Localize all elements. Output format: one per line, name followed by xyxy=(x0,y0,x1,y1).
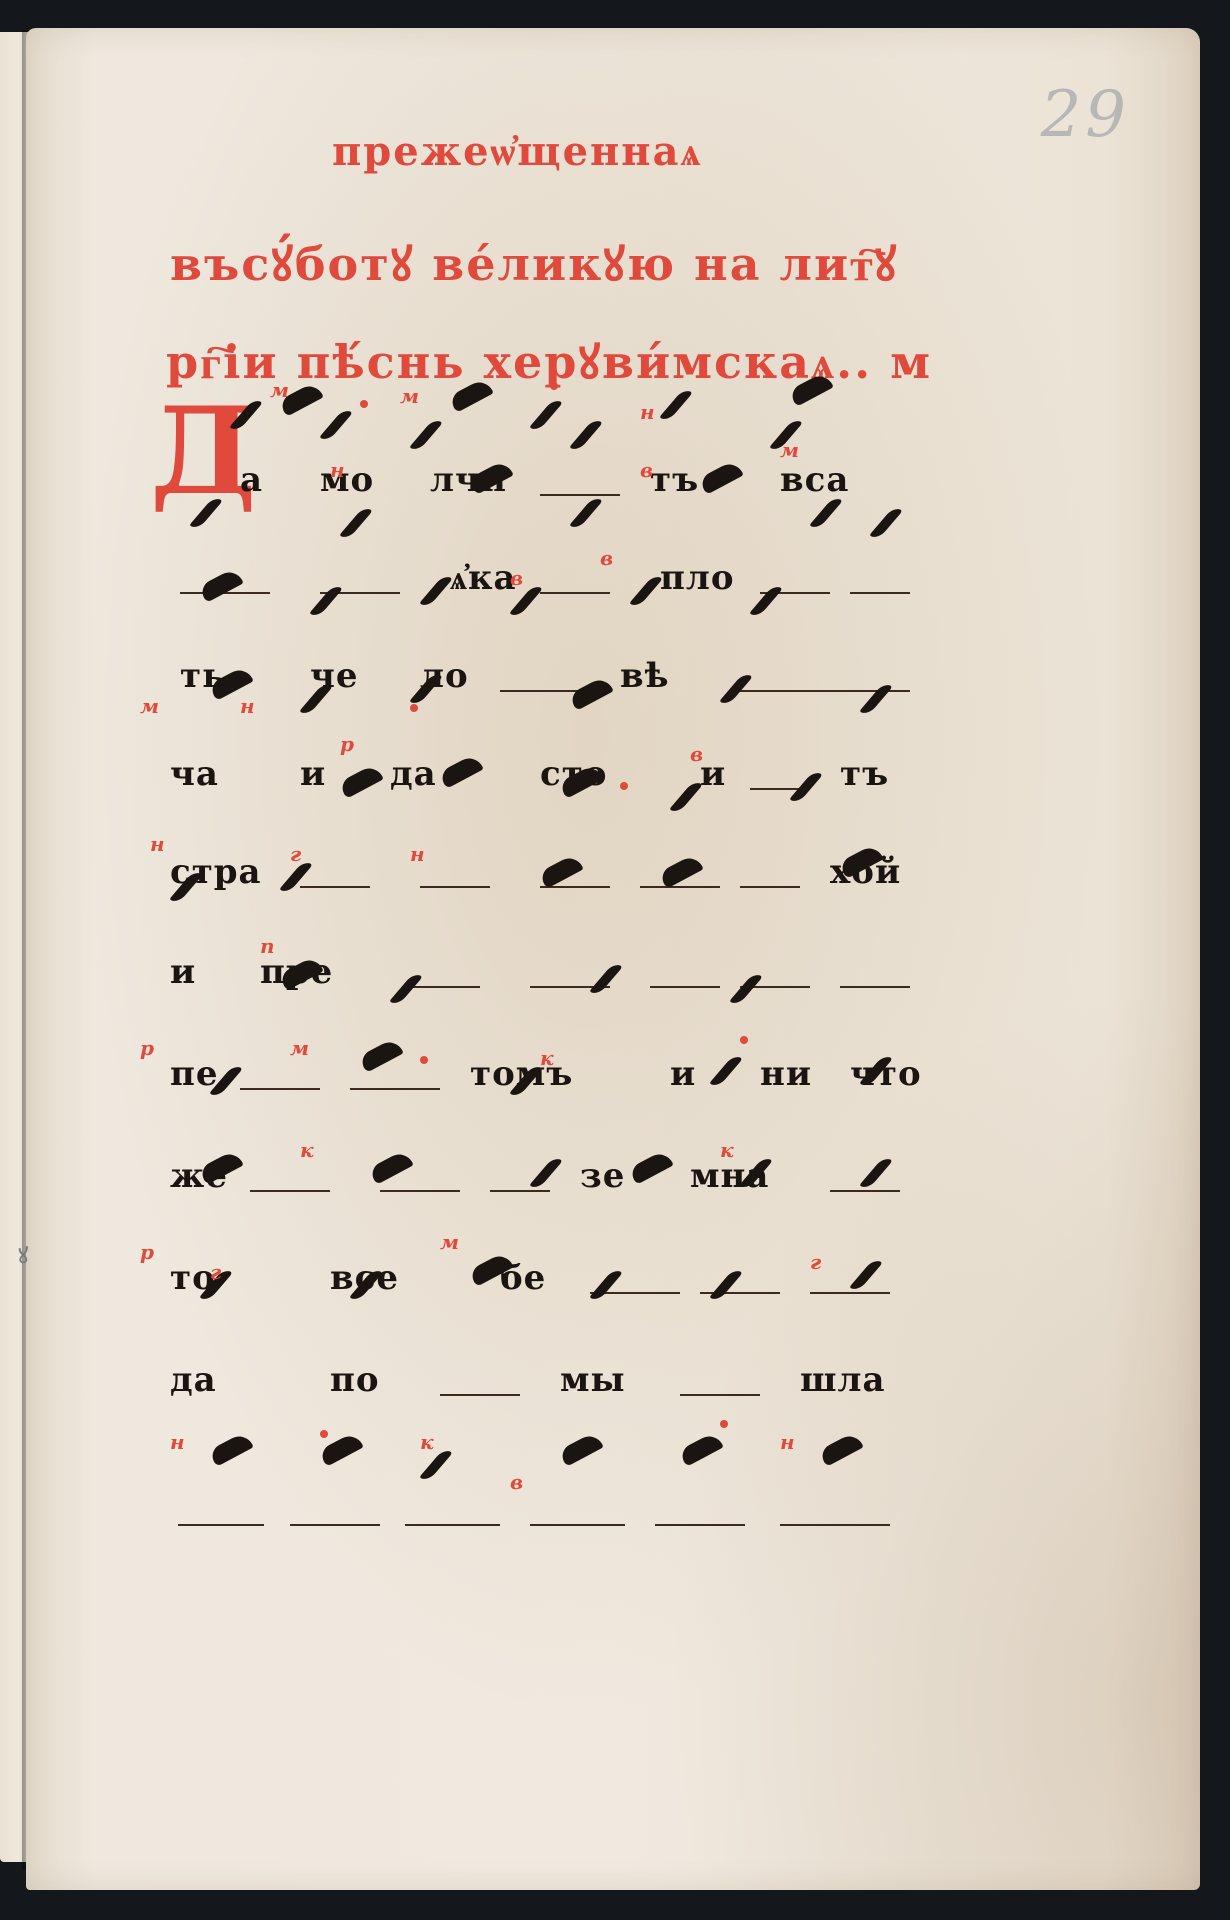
syllable: вса xyxy=(780,460,849,500)
hold-line xyxy=(540,494,620,496)
hold-line xyxy=(530,1524,625,1526)
neume-icon xyxy=(189,497,223,529)
hold-line xyxy=(300,886,370,888)
red-mark: г xyxy=(290,842,301,866)
chant-row-10: да по мы шла р г м г xyxy=(180,1300,940,1400)
chant-row-8: же зе мна р м к xyxy=(180,1096,940,1196)
syllable: да xyxy=(170,1360,217,1400)
red-mark: в xyxy=(600,546,613,570)
red-mark: н xyxy=(150,832,165,856)
hold-line xyxy=(350,1088,440,1090)
hold-line xyxy=(655,1524,745,1526)
red-mark: м xyxy=(290,1036,309,1060)
red-mark: п xyxy=(260,934,275,958)
red-mark: р xyxy=(140,1036,154,1060)
syllable: мо xyxy=(320,460,374,500)
syllable: ча xyxy=(170,754,219,794)
hold-line xyxy=(780,1524,890,1526)
hold-line xyxy=(405,1524,500,1526)
red-dot xyxy=(420,1056,428,1064)
chant-row-9: то все бе к к xyxy=(180,1198,940,1298)
red-mark: н xyxy=(240,694,255,718)
hold-line xyxy=(650,986,720,988)
neume-icon xyxy=(558,1431,604,1467)
neume-icon xyxy=(569,497,603,529)
syllable: ни xyxy=(760,1054,812,1094)
syllable: а xyxy=(240,460,263,500)
red-mark: в xyxy=(510,1470,523,1494)
hold-line xyxy=(250,1190,330,1192)
red-mark: в xyxy=(640,458,653,482)
hold-line xyxy=(290,1524,380,1526)
syllable: тъ xyxy=(840,754,889,794)
red-mark: н xyxy=(780,1430,795,1454)
syllable: вѣ xyxy=(620,656,670,696)
syllable: и xyxy=(670,1054,696,1094)
hold-line xyxy=(410,986,480,988)
red-mark: г xyxy=(810,1250,821,1274)
folio-number: 29 xyxy=(1041,78,1130,152)
red-dot xyxy=(550,382,558,390)
hold-line xyxy=(490,1190,550,1192)
red-mark: к xyxy=(420,1430,434,1454)
red-dot xyxy=(410,704,418,712)
hold-line xyxy=(850,592,910,594)
heading-line-1: прежеѡ҆щеннаѧ xyxy=(332,128,702,175)
red-mark: к xyxy=(300,1138,314,1162)
hold-line xyxy=(810,1292,890,1294)
syllable: шла xyxy=(800,1360,886,1400)
red-dot xyxy=(620,782,628,790)
neume-icon xyxy=(678,1431,724,1467)
red-mark: м xyxy=(440,1230,459,1254)
neume-icon xyxy=(569,419,603,451)
neume-icon xyxy=(818,1431,864,1467)
syllable: ѧ҆ка xyxy=(450,558,517,598)
red-mark: н xyxy=(330,458,345,482)
chant-row-4: ча и да сто и тъ м н xyxy=(180,694,940,794)
chant-row-final: н к в н xyxy=(180,1430,940,1530)
hold-line xyxy=(680,1394,760,1396)
hold-line xyxy=(840,986,910,988)
hold-line xyxy=(240,1088,320,1090)
syllable: и xyxy=(170,952,196,992)
red-dot xyxy=(720,1420,728,1428)
red-mark: к xyxy=(720,1138,734,1162)
red-mark: м xyxy=(140,694,159,718)
neume-icon xyxy=(208,1431,254,1467)
red-mark: в xyxy=(510,566,523,590)
binding-mark: ꙋ xyxy=(18,1240,40,1268)
red-dot xyxy=(360,400,368,408)
neume-icon xyxy=(229,399,263,431)
neume-icon xyxy=(409,419,443,451)
red-dot xyxy=(740,1036,748,1044)
hold-line xyxy=(830,1190,900,1192)
red-mark: н xyxy=(170,1430,185,1454)
chant-row-1: а мо лчи тъ вса м м н xyxy=(180,400,940,500)
hold-line xyxy=(440,1394,520,1396)
syllable: и xyxy=(700,754,726,794)
red-mark: г xyxy=(210,1260,221,1284)
red-mark: н xyxy=(410,842,425,866)
syllable: тъ xyxy=(650,460,699,500)
red-mark: н xyxy=(640,400,655,424)
heading-line-2: въсꙋ́ботꙋ ве́ликꙋю на лит҇ꙋ xyxy=(170,232,898,294)
neume-icon xyxy=(319,409,353,441)
chant-row-3: ть че ло вѣ в в xyxy=(180,596,940,696)
neume-icon xyxy=(529,399,563,431)
hold-line xyxy=(740,886,800,888)
syllable: пло xyxy=(660,558,735,598)
hold-line xyxy=(640,886,720,888)
hold-line xyxy=(380,1190,460,1192)
neume-icon xyxy=(809,497,843,529)
hold-line xyxy=(178,1524,264,1526)
syllable: мы xyxy=(560,1360,626,1400)
red-mark: м xyxy=(270,378,289,402)
neume-icon xyxy=(869,507,903,539)
chant-row-2: ѧ҆ка пло н в м xyxy=(180,498,940,598)
syllable: и xyxy=(300,754,326,794)
red-mark: р xyxy=(140,1240,154,1264)
syllable: пе xyxy=(170,1054,219,1094)
red-mark: м xyxy=(400,384,419,408)
red-mark: к xyxy=(540,1046,554,1070)
red-dot xyxy=(320,1430,328,1438)
hold-line xyxy=(540,592,610,594)
syllable: да xyxy=(390,754,437,794)
red-mark: р xyxy=(340,732,354,756)
red-mark: м xyxy=(780,438,799,462)
syllable: по xyxy=(330,1360,380,1400)
red-mark: в xyxy=(690,742,703,766)
neume-icon xyxy=(339,507,373,539)
hold-line xyxy=(420,886,490,888)
syllable: зе xyxy=(580,1156,625,1196)
